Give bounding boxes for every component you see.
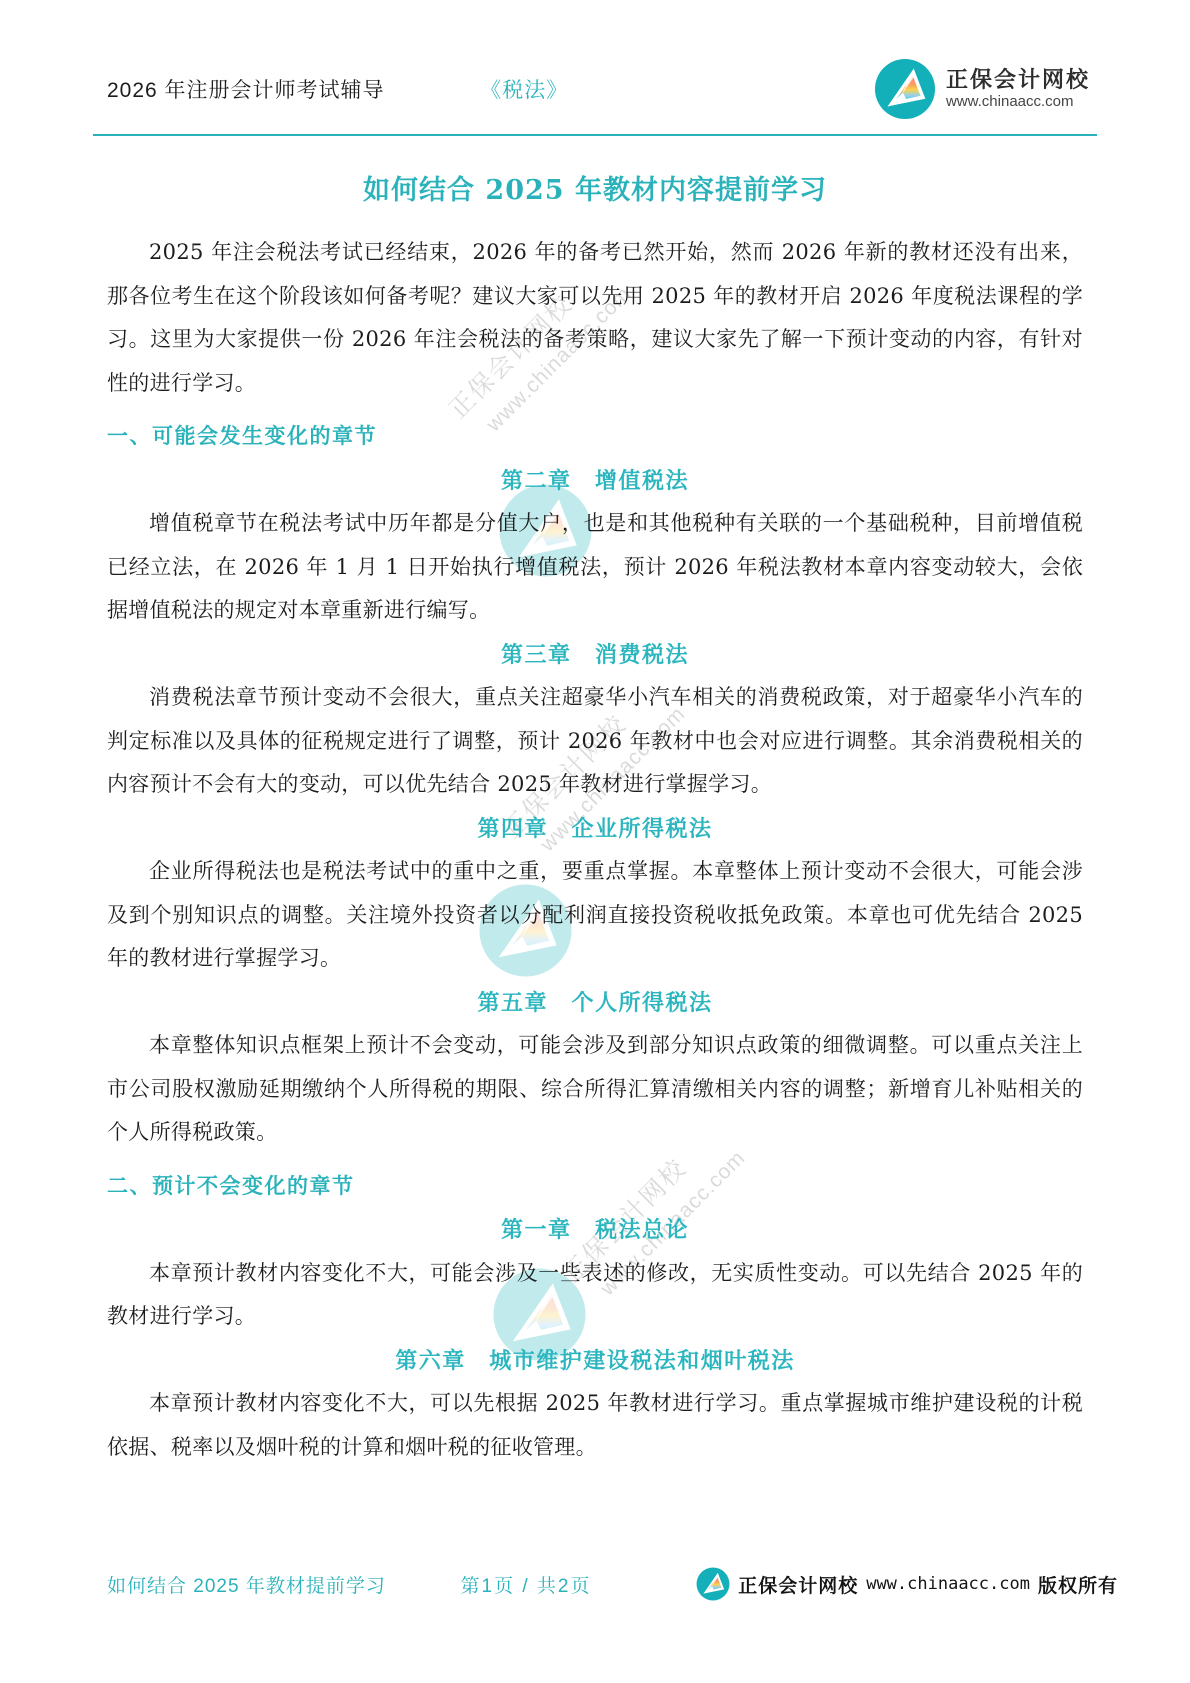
- chapter-heading-corporate-income-tax: 第四章 企业所得税法: [107, 807, 1083, 851]
- header-brand: 正保会计网校 www.chinaacc.com: [874, 58, 1090, 120]
- page-footer: 如何结合 2025 年教材提前学习 第1页 / 共2页 正保会计网校 www.c…: [107, 1567, 1118, 1601]
- brand-text: 正保会计网校 www.chinaacc.com: [946, 67, 1090, 111]
- chapter-paragraph-corporate-income-tax: 企业所得税法也是税法考试中的重中之重，要重点掌握。本章整体上预计变动不会很大，可…: [107, 850, 1083, 981]
- brand-logo-icon: [874, 58, 936, 120]
- page-header: 2026 年注册会计师考试辅导 《税法》 正保会计网校 www.chinaacc…: [0, 0, 1190, 120]
- brand-name: 正保会计网校: [946, 67, 1090, 93]
- chapter-heading-individual-income-tax: 第五章 个人所得税法: [107, 981, 1083, 1025]
- page-title: 如何结合 2025 年教材内容提前学习: [107, 168, 1083, 207]
- document-body: 如何结合 2025 年教材内容提前学习 2025 年注会税法考试已经结束，202…: [0, 168, 1190, 1469]
- footer-brand: 正保会计网校 www.chinaacc.com 版权所有: [696, 1567, 1118, 1601]
- chapter-paragraph-urban-maintenance-tax: 本章预计教材内容变化不大，可以先根据 2025 年教材进行学习。重点掌握城市维护…: [107, 1382, 1083, 1469]
- footer-page-indicator: 第1页 / 共2页: [461, 1571, 592, 1598]
- chapter-heading-tax-law-general: 第一章 税法总论: [107, 1208, 1083, 1252]
- chapter-paragraph-vat: 增值税章节在税法考试中历年都是分值大户，也是和其他税种有关联的一个基础税种，目前…: [107, 502, 1083, 633]
- footer-brand-url: www.chinaacc.com: [866, 1574, 1030, 1594]
- footer-doc-title: 如何结合 2025 年教材提前学习: [107, 1571, 386, 1598]
- header-course-label: 2026 年注册会计师考试辅导: [107, 74, 385, 104]
- footer-copyright: 版权所有: [1038, 1571, 1118, 1598]
- footer-brand-name: 正保会计网校: [738, 1571, 858, 1598]
- header-subject-label: 《税法》: [480, 74, 568, 104]
- document-page: 正保会计网校 www.chinaacc.com 正保会计网校 www.china…: [0, 0, 1190, 1683]
- brand-url: www.chinaacc.com: [946, 93, 1090, 111]
- intro-paragraph: 2025 年注会税法考试已经结束，2026 年的备考已然开始，然而 2026 年…: [107, 231, 1083, 405]
- chapter-heading-urban-maintenance-tax: 第六章 城市维护建设税法和烟叶税法: [107, 1339, 1083, 1383]
- header-divider: [93, 134, 1097, 136]
- section-heading-1: 一、可能会发生变化的章节: [107, 415, 1083, 459]
- chapter-heading-consumption-tax: 第三章 消费税法: [107, 633, 1083, 677]
- chapter-paragraph-tax-law-general: 本章预计教材内容变化不大，可能会涉及一些表述的修改，无实质性变动。可以先结合 2…: [107, 1252, 1083, 1339]
- chapter-heading-vat: 第二章 增值税法: [107, 459, 1083, 503]
- footer-brand-logo-icon: [696, 1567, 730, 1601]
- chapter-paragraph-individual-income-tax: 本章整体知识点框架上预计不会变动，可能会涉及到部分知识点政策的细微调整。可以重点…: [107, 1024, 1083, 1155]
- chapter-paragraph-consumption-tax: 消费税法章节预计变动不会很大，重点关注超豪华小汽车相关的消费税政策，对于超豪华小…: [107, 676, 1083, 807]
- section-heading-2: 二、预计不会变化的章节: [107, 1165, 1083, 1209]
